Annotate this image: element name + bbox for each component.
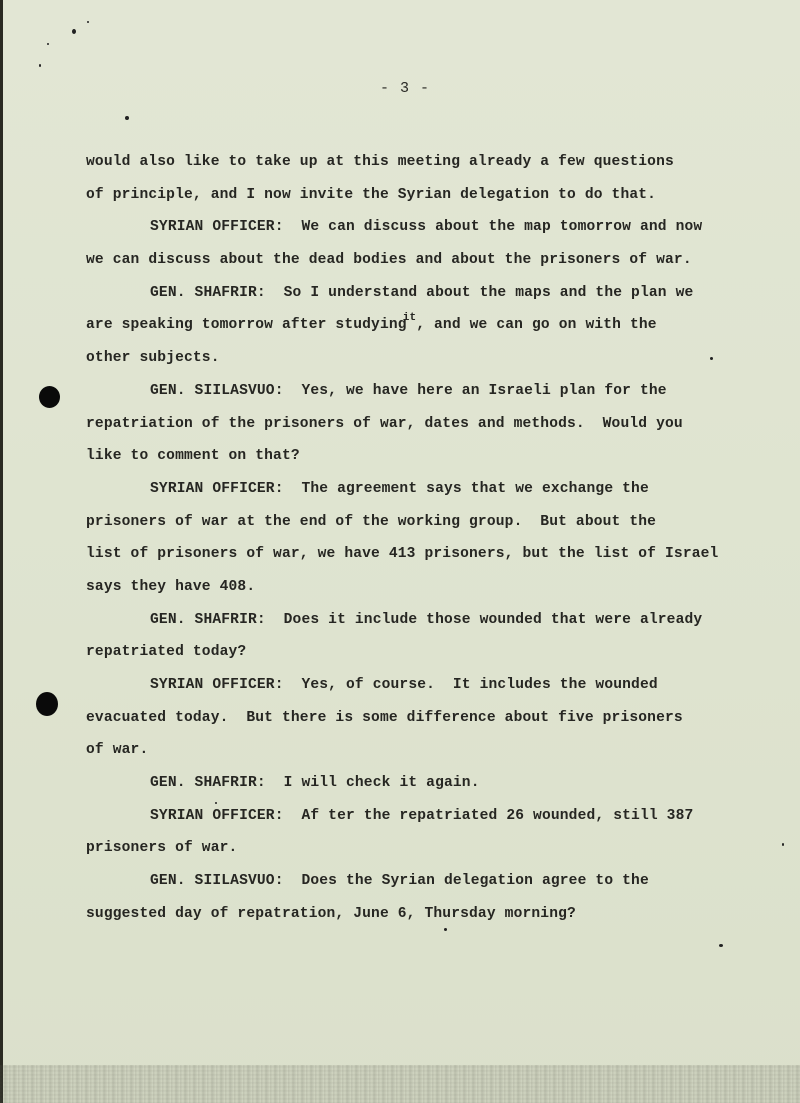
speech-text: The agreement says that we exchange the: [301, 481, 648, 497]
scan-edge: [0, 0, 3, 1103]
scan-noise-band: [0, 1065, 800, 1103]
speaker-label: GEN. SIILASVUO:: [150, 383, 284, 399]
speck: [39, 64, 41, 67]
punch-hole: [39, 386, 60, 408]
speech-text: are speaking tomorrow after studying: [86, 317, 407, 333]
speck: [125, 116, 129, 120]
speaker-label: GEN. SHAFRIR:: [150, 775, 266, 791]
speck: [719, 944, 723, 947]
text-line: list of prisoners of war, we have 413 pr…: [86, 538, 786, 571]
speaker-label: GEN. SIILASVUO:: [150, 873, 284, 889]
speech-line: SYRIAN OFFICER: The agreement says that …: [86, 473, 786, 506]
speaker-label: SYRIAN OFFICER:: [150, 808, 284, 824]
text-line: says they have 408.: [86, 571, 786, 604]
handwritten-insert: it: [403, 312, 417, 324]
punch-hole: [36, 692, 58, 716]
speech-text: I will check it again.: [284, 775, 480, 791]
speech-text: Does the Syrian delegation agree to the: [301, 873, 648, 889]
text-line: of principle, and I now invite the Syria…: [86, 179, 786, 212]
speech-line: GEN. SHAFRIR: I will check it again.: [86, 767, 786, 800]
speaker-label: GEN. SHAFRIR:: [150, 612, 266, 628]
text-line: evacuated today. But there is some diffe…: [86, 702, 786, 735]
speech-line: GEN. SIILASVUO: Yes, we have here an Isr…: [86, 375, 786, 408]
speaker-label: GEN. SHAFRIR:: [150, 285, 266, 301]
speech-text: So I understand about the maps and the p…: [284, 285, 694, 301]
speech-text: We can discuss about the map tomorrow an…: [301, 219, 702, 235]
speck: [87, 21, 89, 23]
speck: [47, 43, 49, 45]
text-line: suggested day of repatration, June 6, Th…: [86, 898, 786, 931]
speck: [72, 29, 76, 34]
text-line: other subjects.: [86, 342, 786, 375]
text-line: would also like to take up at this meeti…: [86, 146, 786, 179]
speech-line: SYRIAN OFFICER: We can discuss about the…: [86, 211, 786, 244]
speaker-label: SYRIAN OFFICER:: [150, 677, 284, 693]
speaker-label: SYRIAN OFFICER:: [150, 219, 284, 235]
page-number: - 3 -: [0, 80, 800, 97]
text-line: prisoners of war at the end of the worki…: [86, 506, 786, 539]
speech-text: Af ter the repatriated 26 wounded, still…: [301, 808, 693, 824]
text-line: repatriation of the prisoners of war, da…: [86, 408, 786, 441]
text-line: of war.: [86, 734, 786, 767]
speech-line: GEN. SHAFRIR: Does it include those woun…: [86, 604, 786, 637]
text-line: we can discuss about the dead bodies and…: [86, 244, 786, 277]
speech-text: Yes, we have here an Israeli plan for th…: [301, 383, 666, 399]
speech-line: SYRIAN OFFICER: Af ter the repatriated 2…: [86, 800, 786, 833]
text-line: are speaking tomorrow after studyingit, …: [86, 309, 786, 342]
speech-text: , and we can go on with the: [416, 317, 657, 333]
speech-line: GEN. SHAFRIR: So I understand about the …: [86, 277, 786, 310]
speech-text: Does it include those wounded that were …: [284, 612, 703, 628]
document-page: - 3 - would also like to take up at this…: [0, 0, 800, 1103]
text-line: repatriated today?: [86, 636, 786, 669]
text-line: like to comment on that?: [86, 440, 786, 473]
speech-text: Yes, of course. It includes the wounded: [301, 677, 657, 693]
transcript-body: would also like to take up at this meeti…: [86, 146, 786, 931]
speaker-label: SYRIAN OFFICER:: [150, 481, 284, 497]
text-line: prisoners of war.: [86, 832, 786, 865]
speech-line: SYRIAN OFFICER: Yes, of course. It inclu…: [86, 669, 786, 702]
speech-line: GEN. SIILASVUO: Does the Syrian delegati…: [86, 865, 786, 898]
